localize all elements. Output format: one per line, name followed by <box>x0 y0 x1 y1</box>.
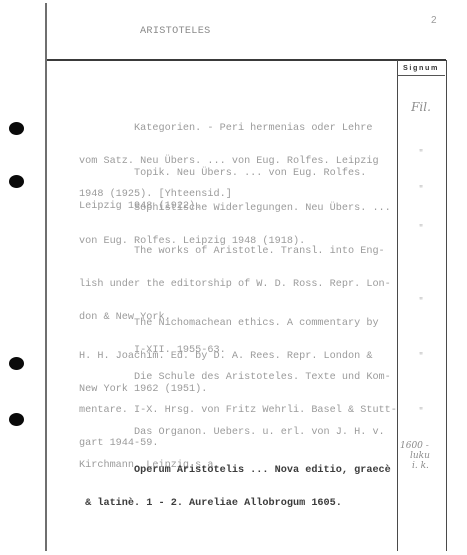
entry-line: The works of Aristotle. Transl. into Eng… <box>79 246 395 257</box>
entry-line: Die Schule des Aristoteles. Texte und Ko… <box>79 372 395 383</box>
entry-line: Operum Aristotelis ... Nova editio, grae… <box>79 465 395 476</box>
punch-hole-icon <box>9 175 24 188</box>
entry-line: Topik. Neu Übers. ... von Eug. Rolfes. <box>79 168 395 179</box>
punch-hole-icon <box>9 413 24 426</box>
signum-ditto-mark: " <box>398 407 444 416</box>
signum-header: Signum <box>397 61 445 76</box>
signum-ditto-mark: " <box>398 224 444 233</box>
signum-ditto-mark: " <box>398 185 444 194</box>
signum-note-line: i. k. <box>400 461 446 471</box>
entry-line: Kategorien. - Peri hermenias oder Lehre <box>79 123 395 134</box>
entry-line: The Nichomachean ethics. A commentary by <box>79 318 395 329</box>
signum-ditto-mark: " <box>398 149 444 158</box>
bibliography-entry: Operum Aristotelis ... Nova editio, grae… <box>79 443 395 520</box>
signum-mark: Fil. <box>398 100 444 114</box>
punch-hole-icon <box>9 122 24 135</box>
signum-note-line: luku <box>400 451 446 461</box>
signum-handwritten-note: 1600 - luku i. k. <box>400 441 446 471</box>
page-number: 2 <box>431 15 437 26</box>
entry-line: Sophistische Widerlegungen. Neu Übers. .… <box>79 203 395 214</box>
card-heading: ARISTOTELES <box>140 26 211 37</box>
header-rule <box>47 59 446 61</box>
left-margin-rule <box>45 3 47 551</box>
signum-ditto-mark: " <box>398 352 444 361</box>
signum-ditto-mark: " <box>398 297 444 306</box>
punch-hole-icon <box>9 357 24 370</box>
entry-line: & latinè. 1 - 2. Aureliae Allobrogum 160… <box>79 498 395 509</box>
entry-line: Das Organon. Uebers. u. erl. von J. H. v… <box>79 427 395 438</box>
entry-line: lish under the editorship of W. D. Ross.… <box>79 279 395 290</box>
signum-note-line: 1600 - <box>400 441 446 451</box>
